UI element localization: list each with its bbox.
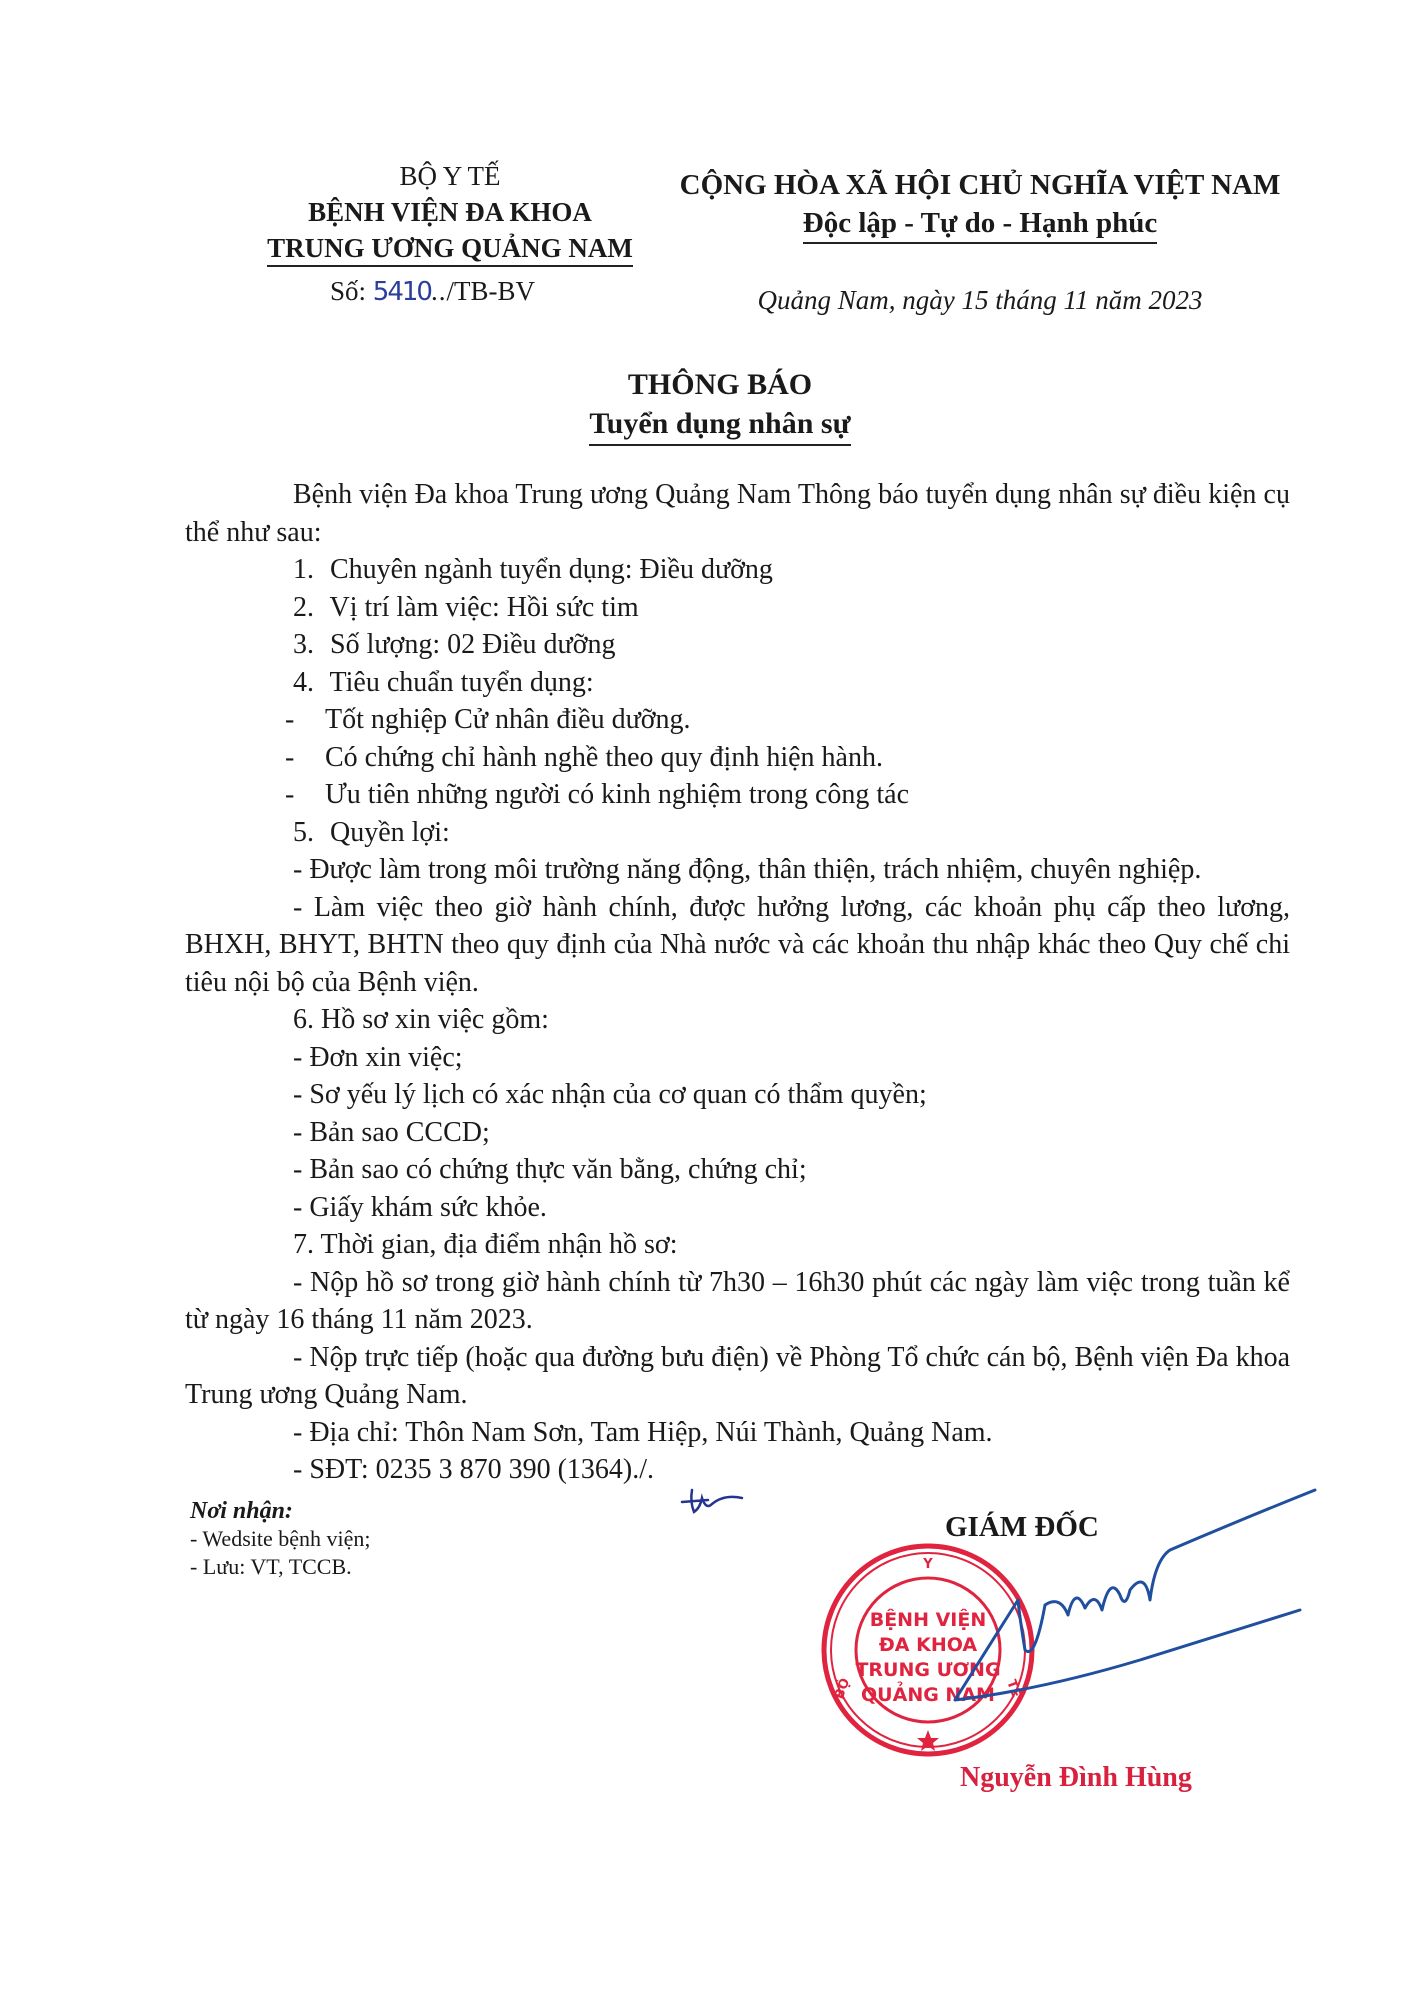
document-bullet: - Bản sao có chứng thực văn bằng, chứng … (185, 1151, 1290, 1189)
hospital-name-line2: TRUNG ƯƠNG QUẢNG NAM (267, 231, 633, 267)
signer-title: GIÁM ĐỐC (945, 1511, 1099, 1544)
doc-number-handwritten: 5410 (373, 277, 431, 307)
recipients-heading: Nơi nhận: (190, 1497, 371, 1525)
address-line: - Địa chỉ: Thôn Nam Sơn, Tam Hiệp, Núi T… (185, 1414, 1290, 1452)
dash: - (285, 776, 325, 814)
item-text: Quyền lợi: (330, 817, 450, 848)
item-4: 4. Tiêu chuẩn tuyển dụng: (185, 664, 1290, 702)
benefit-bullet: - Được làm trong môi trường năng động, t… (185, 851, 1290, 889)
item-text: Chuyên ngành tuyển dụng: Điều dưỡng (330, 554, 773, 585)
bullet-text: Có chứng chỉ hành nghề theo quy định hiệ… (325, 742, 883, 773)
item-text: Vị trí làm việc: Hồi sức tim (330, 592, 639, 623)
item-number: 3. (293, 626, 323, 664)
doc-number-prefix: Số: (330, 276, 373, 306)
item-6: 6. Hồ sơ xin việc gồm: (185, 1001, 1290, 1039)
item-number: 4. (293, 664, 323, 702)
item-5: 5. Quyền lợi: (185, 814, 1290, 852)
document-bullet: - Đơn xin việc; (185, 1039, 1290, 1077)
benefit-bullet: - Làm việc theo giờ hành chính, được hưở… (185, 889, 1290, 1002)
item-3: 3. Số lượng: 02 Điều dưỡng (185, 626, 1290, 664)
submission-bullet: - Nộp hồ sơ trong giờ hành chính từ 7h30… (185, 1264, 1290, 1339)
recipients-block: Nơi nhận: - Wedsite bệnh viện; - Lưu: VT… (190, 1497, 371, 1581)
document-bullet: - Bản sao CCCD; (185, 1114, 1290, 1152)
dash: - (285, 701, 325, 739)
date-line: Quảng Nam, ngày 15 tháng 11 năm 2023 (665, 285, 1295, 316)
criteria-bullet: -Có chứng chỉ hành nghề theo quy định hi… (185, 739, 1290, 777)
national-motto: Độc lập - Tự do - Hạnh phúc (803, 204, 1158, 244)
bullet-text: Ưu tiên những người có kinh nghiệm trong… (325, 779, 909, 810)
recipient-item: - Lưu: VT, TCCB. (190, 1553, 371, 1581)
national-header: CỘNG HÒA XÃ HỘI CHỦ NGHĨA VIỆT NAM Độc l… (665, 166, 1295, 244)
dash: - (285, 739, 325, 777)
initials-mark-icon (680, 1486, 750, 1516)
intro-paragraph: Bệnh viện Đa khoa Trung ương Quảng Nam T… (185, 476, 1290, 551)
document-bullet: - Sơ yếu lý lịch có xác nhận của cơ quan… (185, 1076, 1290, 1114)
issuer-header: BỘ Y TẾ BỆNH VIỆN ĐA KHOA TRUNG ƯƠNG QUẢ… (240, 158, 660, 267)
item-number: 5. (293, 814, 323, 852)
criteria-bullet: -Tốt nghiệp Cử nhân điều dưỡng. (185, 701, 1290, 739)
submission-bullet: - Nộp trực tiếp (hoặc qua đường bưu điện… (185, 1339, 1290, 1414)
document-body: Bệnh viện Đa khoa Trung ương Quảng Nam T… (185, 476, 1290, 1489)
doc-number-dots: .. (431, 276, 447, 306)
item-number: 2. (293, 589, 323, 627)
item-text: Số lượng: 02 Điều dưỡng (330, 629, 616, 660)
document-title: THÔNG BÁO Tuyển dụng nhân sự (420, 366, 1020, 446)
item-number: 1. (293, 551, 323, 589)
country-name: CỘNG HÒA XÃ HỘI CHỦ NGHĨA VIỆT NAM (665, 166, 1295, 204)
recipient-item: - Wedsite bệnh viện; (190, 1525, 371, 1553)
signer-name: Nguyễn Đình Hùng (960, 1762, 1192, 1794)
ministry-name: BỘ Y TẾ (240, 158, 660, 194)
hospital-name-line1: BỆNH VIỆN ĐA KHOA (240, 194, 660, 230)
item-1: 1. Chuyên ngành tuyển dụng: Điều dưỡng (185, 551, 1290, 589)
title-main: THÔNG BÁO (420, 366, 1020, 404)
doc-number-suffix: /TB-BV (446, 276, 535, 306)
title-sub: Tuyển dụng nhân sự (589, 404, 850, 446)
document-number: Số: 5410../TB-BV (330, 276, 535, 307)
criteria-bullet: -Ưu tiên những người có kinh nghiệm tron… (185, 776, 1290, 814)
item-2: 2. Vị trí làm việc: Hồi sức tim (185, 589, 1290, 627)
document-bullet: - Giấy khám sức khỏe. (185, 1189, 1290, 1227)
item-text: Tiêu chuẩn tuyển dụng: (330, 667, 594, 698)
item-7: 7. Thời gian, địa điểm nhận hồ sơ: (185, 1226, 1290, 1264)
bullet-text: Tốt nghiệp Cử nhân điều dưỡng. (325, 704, 691, 735)
